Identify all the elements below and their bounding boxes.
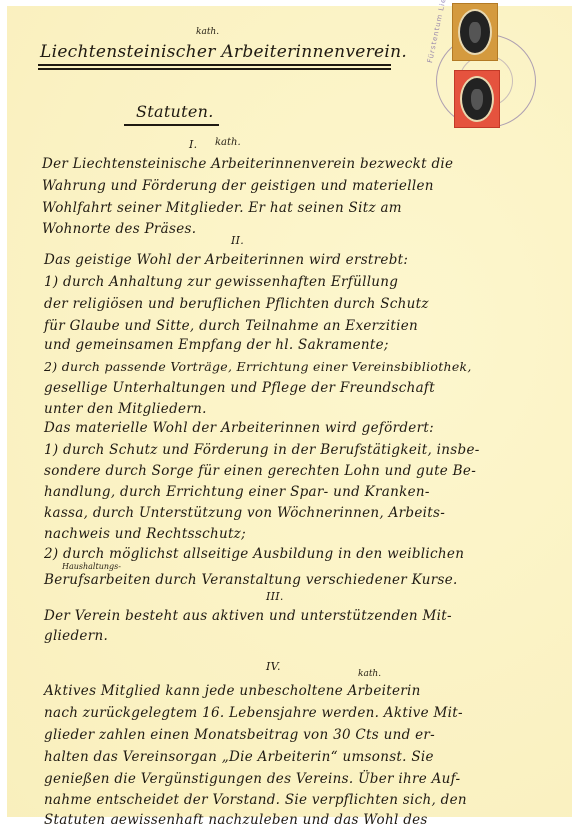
section-2-line: gesellige Unterhaltungen und Pflege der … bbox=[44, 380, 435, 396]
section-4-line: Aktives Mitglied kann jede unbescholtene… bbox=[44, 683, 421, 699]
section-numeral-3: III. bbox=[266, 590, 284, 603]
section-1-line: Der Liechtensteinische Arbeiterinnenvere… bbox=[42, 156, 453, 172]
stamp-orange-icon bbox=[452, 3, 498, 61]
section-1-insert: kath. bbox=[215, 137, 241, 148]
section-2-line: 1) durch Schutz und Förderung in der Ber… bbox=[44, 442, 480, 458]
section-2-line: Das geistige Wohl der Arbeiterinnen wird… bbox=[44, 252, 408, 268]
section-4-line: halten das Vereinsorgan „Die Arbeiterin“… bbox=[44, 749, 434, 765]
section-3-line: Der Verein besteht aus aktiven und unter… bbox=[44, 608, 452, 624]
section-4-line: Statuten gewissenhaft nachzuleben und da… bbox=[44, 812, 428, 824]
section-4-line: nach zurückgelegtem 16. Lebensjahre werd… bbox=[44, 705, 463, 721]
section-numeral-2: II. bbox=[231, 234, 244, 247]
section-4-insert: kath. bbox=[358, 669, 381, 679]
section-numeral-4: IV. bbox=[266, 660, 281, 673]
title-double-underline bbox=[38, 64, 391, 66]
section-4-line: genießen die Vergünstigungen des Vereins… bbox=[44, 771, 460, 787]
section-2-line: Berufsarbeiten durch Veranstaltung versc… bbox=[44, 572, 458, 588]
section-2-line: unter den Mitgliedern. bbox=[44, 401, 207, 417]
section-2-insert: Haushaltungs- bbox=[62, 562, 121, 571]
section-4-line: glieder zahlen einen Monatsbeitrag von 3… bbox=[44, 727, 435, 743]
section-2-line: sondere durch Sorge für einen gerechten … bbox=[44, 463, 476, 479]
section-1-line: Wohnorte des Präses. bbox=[42, 221, 196, 237]
section-4-line: nahme entscheidet der Vorstand. Sie verp… bbox=[44, 792, 467, 808]
heading-underline bbox=[124, 124, 219, 126]
section-1-line: Wohlfahrt seiner Mitglieder. Er hat sein… bbox=[42, 200, 402, 216]
section-2-line: der religiösen und beruflichen Pflichten… bbox=[44, 296, 429, 312]
section-2-line: nachweis und Rechtsschutz; bbox=[44, 526, 246, 542]
section-3-line: gliedern. bbox=[44, 628, 108, 644]
section-1-line: Wahrung und Förderung der geistigen und … bbox=[42, 178, 434, 194]
section-2-line: 2) durch möglichst allseitige Ausbildung… bbox=[44, 546, 464, 562]
section-2-line: und gemeinsamen Empfang der hl. Sakramen… bbox=[44, 337, 389, 353]
section-2-line: handlung, durch Errichtung einer Spar- u… bbox=[44, 484, 430, 500]
document-title: Liechtensteinischer Arbeiterinnenverein. bbox=[40, 42, 407, 62]
stamp-red-icon bbox=[454, 70, 500, 128]
heading-statuten: Statuten. bbox=[136, 102, 214, 121]
section-2-line: 2) durch passende Vorträge, Errichtung e… bbox=[44, 359, 472, 374]
section-2-line: Das materielle Wohl der Arbeiterinnen wi… bbox=[44, 420, 434, 436]
title-insert-kath: kath. bbox=[196, 27, 219, 37]
section-2-line: für Glaube und Sitte, durch Teilnahme an… bbox=[44, 318, 418, 334]
revenue-stamps: Fürstentum Liechtenstein bbox=[422, 0, 572, 130]
title-double-underline-2 bbox=[38, 68, 391, 70]
section-numeral-1: I. bbox=[189, 138, 197, 151]
section-2-line: 1) durch Anhaltung zur gewissenhaften Er… bbox=[44, 274, 398, 290]
section-2-line: kassa, durch Unterstützung von Wöchnerin… bbox=[44, 505, 445, 521]
